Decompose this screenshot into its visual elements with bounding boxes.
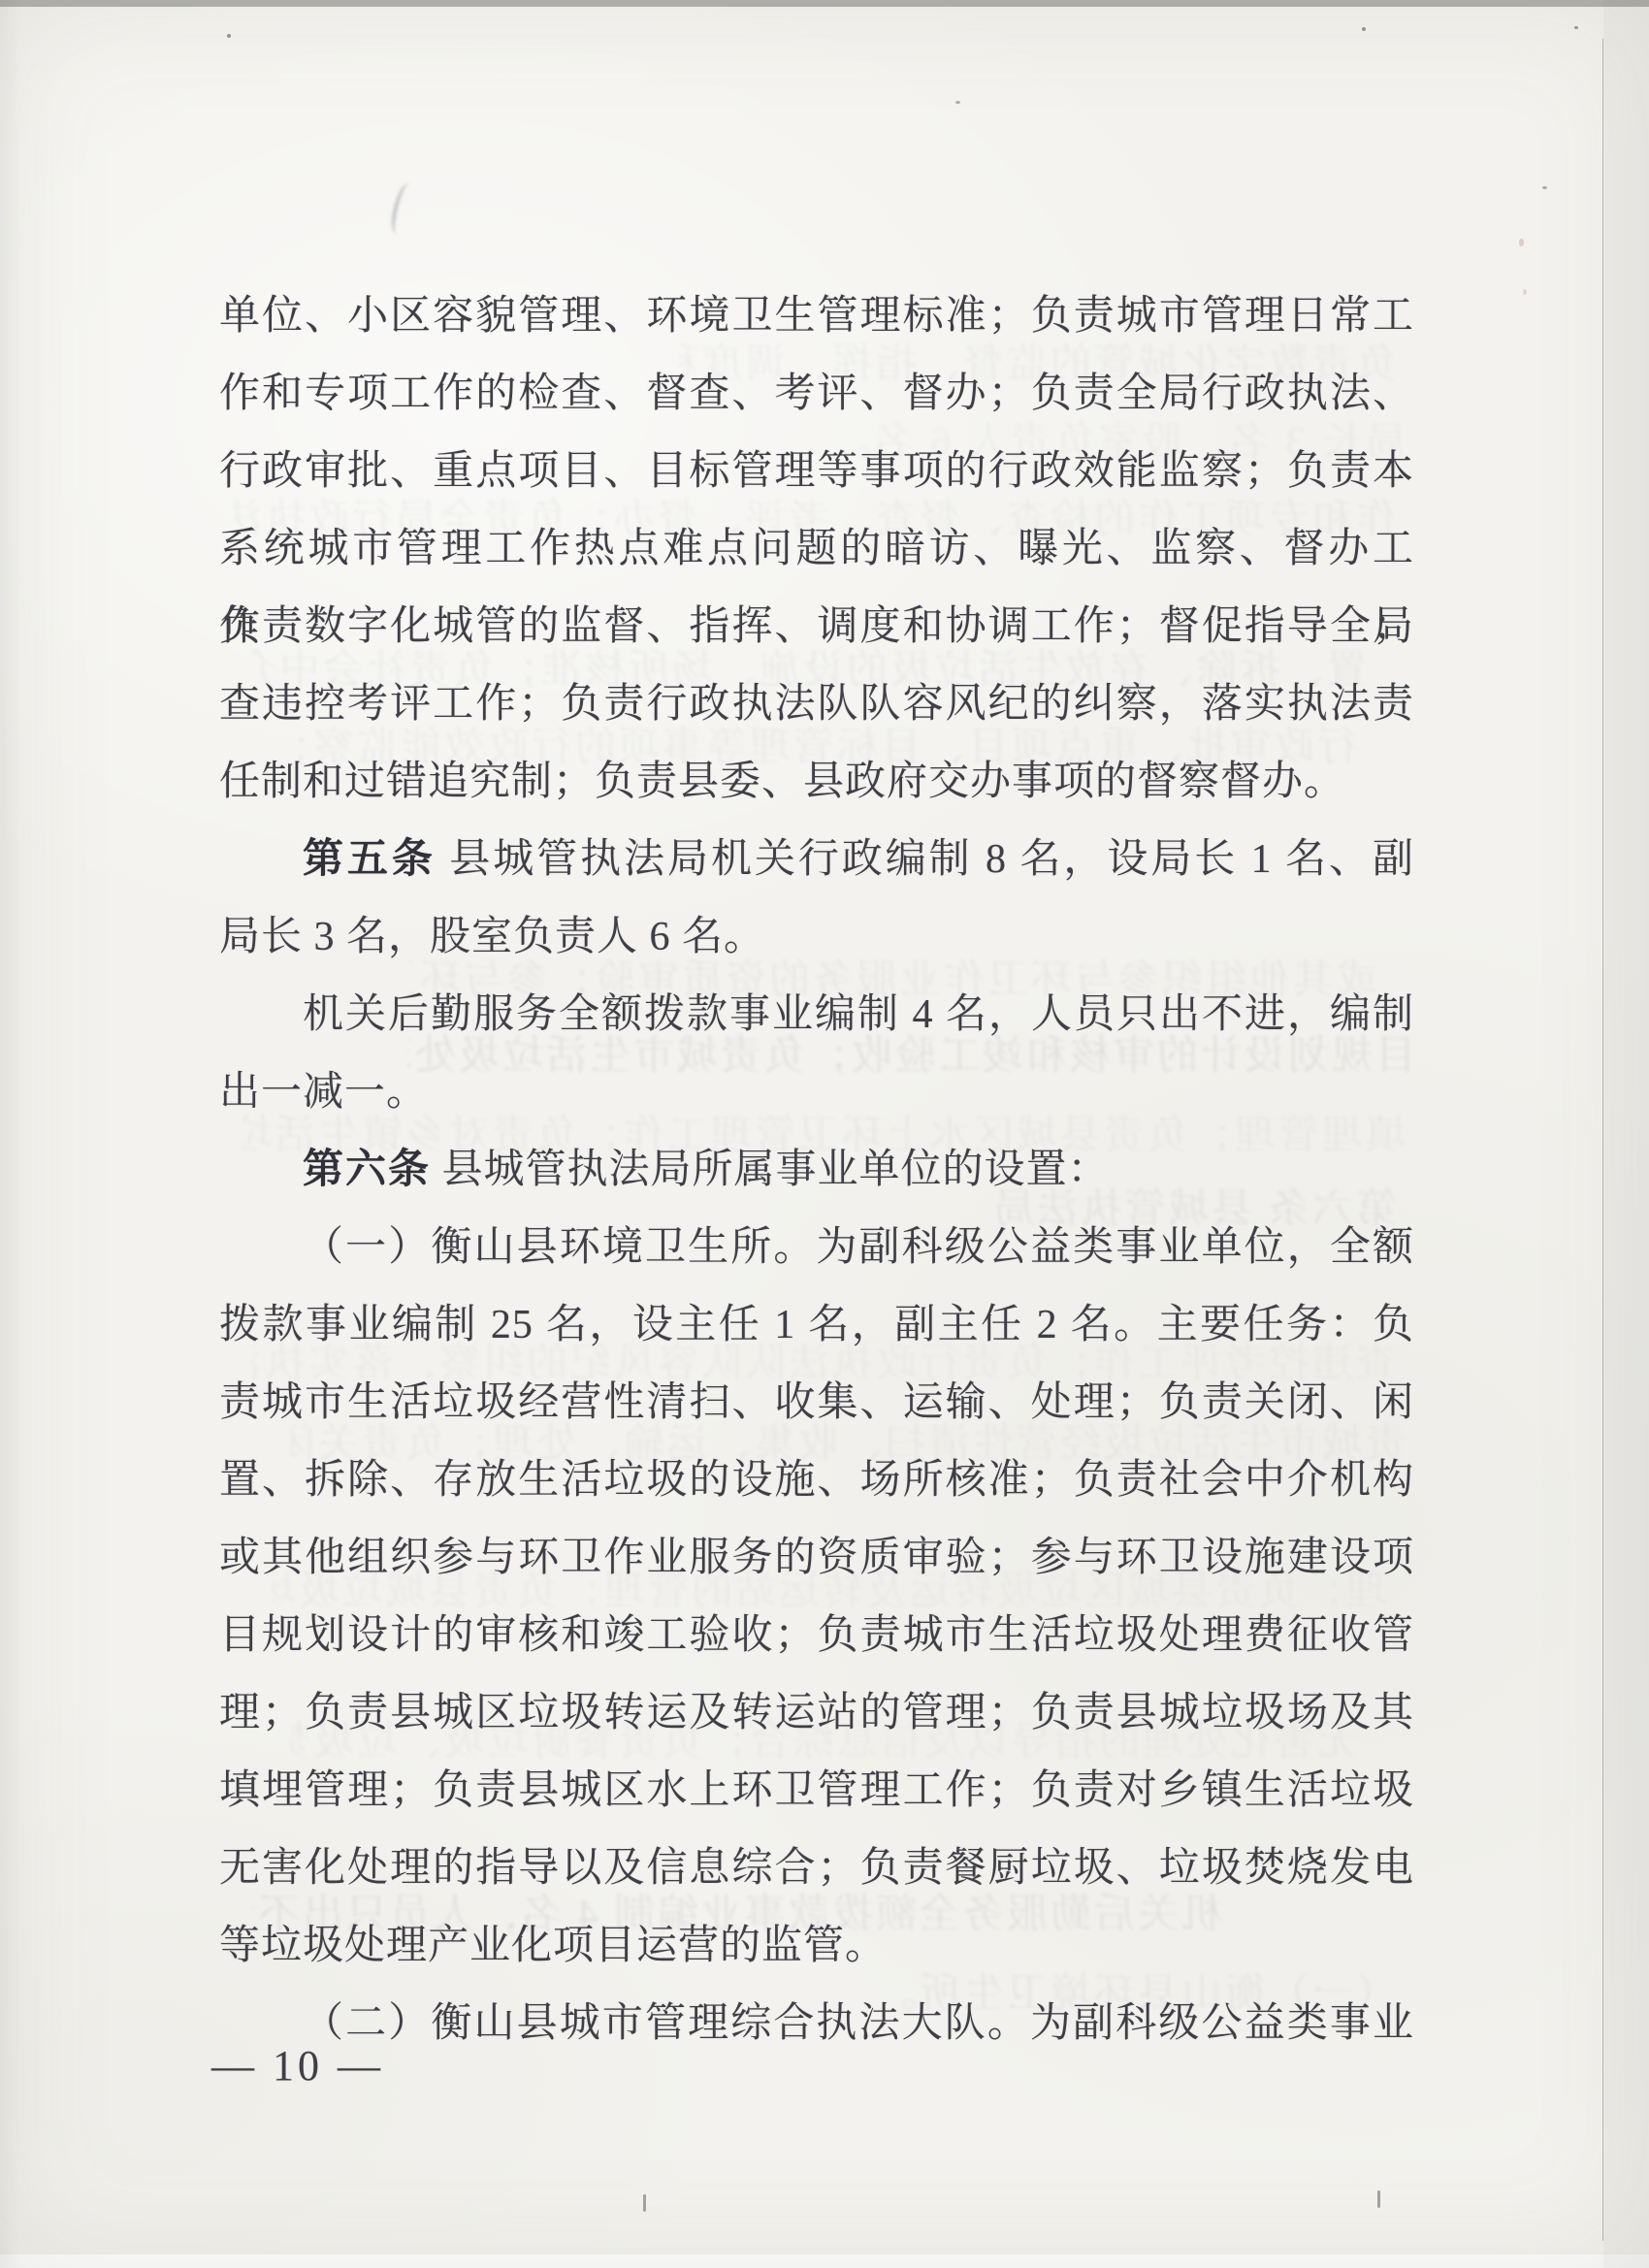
text-run: 目规划设计的审核和竣工验收；负责城市生活垃圾处理费征收管 [219, 1613, 1414, 1658]
text-run: （二）衡山县城市管理综合执法大队。为副科级公益类事业 [303, 2001, 1414, 2046]
text-line: 置、拆除、存放生活垃圾的设施、场所核准；负责社会中介机构 [219, 1442, 1414, 1519]
text-run: 查违控考评工作；负责行政执法队队容风纪的纠察，落实执法责 [219, 682, 1414, 727]
text-run: 置、拆除、存放生活垃圾的设施、场所核准；负责社会中介机构 [219, 1458, 1414, 1503]
paper-left-edge-shade [0, 0, 21, 2268]
scan-speck [955, 101, 960, 104]
text-run: 拨款事业编制 25 名，设主任 1 名，副主任 2 名。主要任务：负 [219, 1303, 1414, 1347]
text-run: 机关后勤服务全额拨款事业编制 4 名，人员只出不进，编制 [303, 992, 1414, 1037]
text-line: 填埋管理；负责县城区水上环卫管理工作；负责对乡镇生活垃圾 [219, 1752, 1414, 1830]
text-line: 责城市生活垃圾经营性清扫、收集、运输、处理；负责关闭、闲 [219, 1364, 1414, 1442]
text-line: 系统城市管理工作热点难点问题的暗访、曝光、监察、督办工作； [219, 510, 1414, 588]
scan-speck [1362, 27, 1366, 31]
text-line: 机关后勤服务全额拨款事业编制 4 名，人员只出不进，编制 [219, 976, 1414, 1053]
page-number: — 10 — [211, 2043, 384, 2090]
text-line: 单位、小区容貌管理、环境卫生管理标准；负责城市管理日常工 [219, 277, 1414, 355]
text-run: 负责数字化城管的监督、指挥、调度和协调工作；督促指导全局 [219, 604, 1414, 649]
text-run: 局长 3 名，股室负责人 6 名。 [219, 915, 765, 959]
text-line: 第五条 县城管执法局机关行政编制 8 名，设局长 1 名、副 [219, 821, 1414, 898]
document-body-text: 单位、小区容貌管理、环境卫生管理标准；负责城市管理日常工作和专项工作的检查、督查… [219, 277, 1414, 2062]
text-line: 理；负责县城区垃圾转运及转运站的管理；负责县城垃圾场及其 [219, 1674, 1414, 1752]
text-run: 单位、小区容貌管理、环境卫生管理标准；负责城市管理日常工 [219, 294, 1414, 339]
text-run: 任制和过错追究制；负责县委、县政府交办事项的督察督办。 [219, 760, 1345, 804]
text-run: 县城管执法局所属事业单位的设置： [431, 1148, 1110, 1192]
text-line: 查违控考评工作；负责行政执法队队容风纪的纠察，落实执法责 [219, 665, 1414, 743]
text-line: 作和专项工作的检查、督查、考评、督办；负责全局行政执法、 [219, 355, 1414, 433]
text-run: 填埋管理；负责县城区水上环卫管理工作；负责对乡镇生活垃圾 [219, 1768, 1414, 1813]
paper-right-edge-shade [1603, 0, 1649, 2268]
scan-speck [1542, 186, 1547, 189]
scan-speck [1574, 26, 1578, 29]
pencil-smudge-mark [388, 181, 417, 237]
article-heading: 第六条 [303, 1148, 431, 1192]
text-line: （一）衡山县环境卫生所。为副科级公益类事业单位，全额 [219, 1209, 1414, 1286]
scan-speck [1377, 2190, 1380, 2208]
scan-speck [1523, 289, 1527, 295]
text-run: 出一减一。 [219, 1070, 428, 1115]
text-line: （二）衡山县城市管理综合执法大队。为副科级公益类事业 [219, 1985, 1414, 2062]
scanner-bottom-edge [0, 2254, 1649, 2268]
text-run: 理；负责县城区垃圾转运及转运站的管理；负责县城垃圾场及其 [219, 1691, 1414, 1735]
scan-speck [227, 34, 231, 38]
text-line: 负责数字化城管的监督、指挥、调度和协调工作；督促指导全局 [219, 588, 1414, 665]
text-run: 县城管执法局机关行政编制 8 名，设局长 1 名、副 [436, 837, 1414, 882]
text-line: 第六条 县城管执法局所属事业单位的设置： [219, 1131, 1414, 1209]
scanner-top-edge [0, 0, 1649, 7]
scan-speck [643, 2194, 646, 2212]
scanned-document-page: 负责数字化城管的监督、指挥、调度和协调工作；督促指导全局局长 3 名，股室负责人… [0, 0, 1649, 2268]
text-run: 无害化处理的指导以及信息综合；负责餐厨垃圾、垃圾焚烧发电 [219, 1846, 1414, 1891]
scan-speck [1519, 239, 1524, 246]
text-line: 或其他组织参与环卫作业服务的资质审验；参与环卫设施建设项 [219, 1519, 1414, 1597]
text-line: 任制和过错追究制；负责县委、县政府交办事项的督察督办。 [219, 743, 1414, 821]
text-line: 拨款事业编制 25 名，设主任 1 名，副主任 2 名。主要任务：负 [219, 1286, 1414, 1364]
text-line: 行政审批、重点项目、目标管理等事项的行政效能监察；负责本 [219, 433, 1414, 510]
text-line: 局长 3 名，股室负责人 6 名。 [219, 898, 1414, 976]
article-heading: 第五条 [303, 837, 436, 882]
text-line: 出一减一。 [219, 1053, 1414, 1131]
text-run: 等垃圾处理产业化项目运营的监管。 [219, 1924, 887, 1968]
text-run: 责城市生活垃圾经营性清扫、收集、运输、处理；负责关闭、闲 [219, 1380, 1414, 1425]
text-line: 无害化处理的指导以及信息综合；负责餐厨垃圾、垃圾焚烧发电 [219, 1830, 1414, 1907]
text-run: 或其他组织参与环卫作业服务的资质审验；参与环卫设施建设项 [219, 1536, 1414, 1580]
text-line: 目规划设计的审核和竣工验收；负责城市生活垃圾处理费征收管 [219, 1597, 1414, 1674]
text-run: 作和专项工作的检查、督查、考评、督办；负责全局行政执法、 [219, 372, 1414, 416]
text-run: 行政审批、重点项目、目标管理等事项的行政效能监察；负责本 [219, 449, 1414, 494]
text-run: （一）衡山县环境卫生所。为副科级公益类事业单位，全额 [303, 1225, 1414, 1270]
text-line: 等垃圾处理产业化项目运营的监管。 [219, 1907, 1414, 1985]
